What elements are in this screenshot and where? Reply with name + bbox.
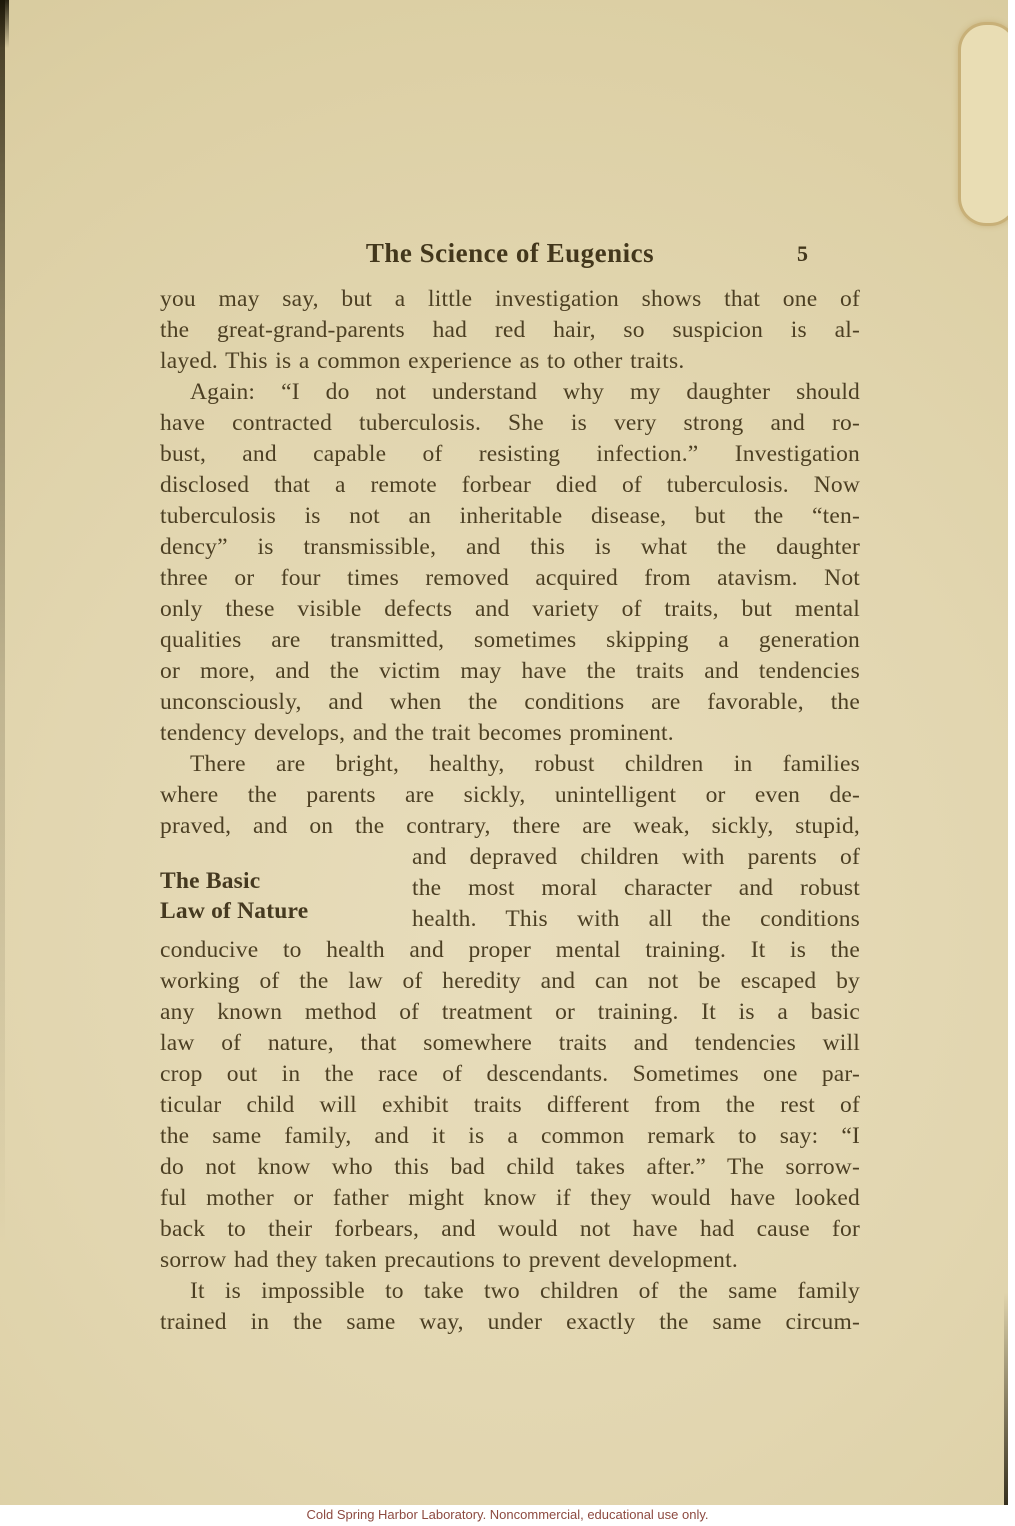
page-number: 5 <box>797 241 808 267</box>
side-heading-line: Law of Nature <box>160 896 308 926</box>
text-line: trained in the same way, under exactly t… <box>160 1307 860 1338</box>
text-line: ticular child will exhibit traits differ… <box>160 1090 860 1121</box>
text-line: It is impossible to take two children of… <box>160 1276 860 1307</box>
page-header: The Science of Eugenics 5 <box>160 238 860 272</box>
text-line: disclosed that a remote forbear died of … <box>160 470 860 501</box>
text-line: dency” is transmissible, and this is wha… <box>160 532 860 563</box>
text-line: layed. This is a common experience as to… <box>160 346 860 377</box>
text-line: where the parents are sickly, unintellig… <box>160 780 860 811</box>
body-text: you may say, but a little investigation … <box>160 284 860 1338</box>
text-line: There are bright, healthy, robust childr… <box>160 749 860 780</box>
oval-stain-mark <box>958 22 1008 226</box>
footer-credit: Cold Spring Harbor Laboratory. Noncommer… <box>0 1505 1015 1526</box>
text-line: working of the law of heredity and can n… <box>160 966 860 997</box>
text-line: health. This with all the conditions <box>412 904 860 935</box>
text-line: tuberculosis is not an inheritable disea… <box>160 501 860 532</box>
text-line: conducive to health and proper mental tr… <box>160 935 860 966</box>
text-line: the same family, and it is a common rema… <box>160 1121 860 1152</box>
text-line: sorrow had they taken precautions to pre… <box>160 1245 860 1276</box>
scanned-book-page: { "header": { "title": "The Science of E… <box>0 0 1015 1526</box>
text-line: qualities are transmitted, sometimes ski… <box>160 625 860 656</box>
side-heading: The Basic Law of Nature <box>160 866 308 926</box>
text-line: the most moral character and robust <box>412 873 860 904</box>
text-line: bust, and capable of resisting infection… <box>160 439 860 470</box>
text-line: tendency develops, and the trait becomes… <box>160 718 860 749</box>
text-line: law of nature, that somewhere traits and… <box>160 1028 860 1059</box>
text-line: or more, and the victim may have the tra… <box>160 656 860 687</box>
text-line: unconsciously, and when the conditions a… <box>160 687 860 718</box>
text-line: three or four times removed acquired fro… <box>160 563 860 594</box>
text-line: praved, and on the contrary, there are w… <box>160 811 860 842</box>
text-line: and depraved children with parents of <box>412 842 860 873</box>
side-heading-line: The Basic <box>160 866 308 896</box>
text-line: crop out in the race of descendants. Som… <box>160 1059 860 1090</box>
scan-edge-shadow-left <box>0 0 5 1250</box>
text-line: do not know who this bad child takes aft… <box>160 1152 860 1183</box>
scan-edge-shadow-right <box>1004 1292 1008 1507</box>
scan-corner-mark <box>0 0 9 48</box>
book-page: The Science of Eugenics 5 you may say, b… <box>0 0 1008 1507</box>
text-line: only these visible defects and variety o… <box>160 594 860 625</box>
text-line: Again: “I do not understand why my daugh… <box>160 377 860 408</box>
text-line: the great-grand-parents had red hair, so… <box>160 315 860 346</box>
page-title: The Science of Eugenics <box>160 238 860 269</box>
text-line: any known method of treatment or trainin… <box>160 997 860 1028</box>
text-line: have contracted tuberculosis. She is ver… <box>160 408 860 439</box>
text-line: ful mother or father might know if they … <box>160 1183 860 1214</box>
text-line: back to their forbears, and would not ha… <box>160 1214 860 1245</box>
text-line: you may say, but a little investigation … <box>160 284 860 315</box>
